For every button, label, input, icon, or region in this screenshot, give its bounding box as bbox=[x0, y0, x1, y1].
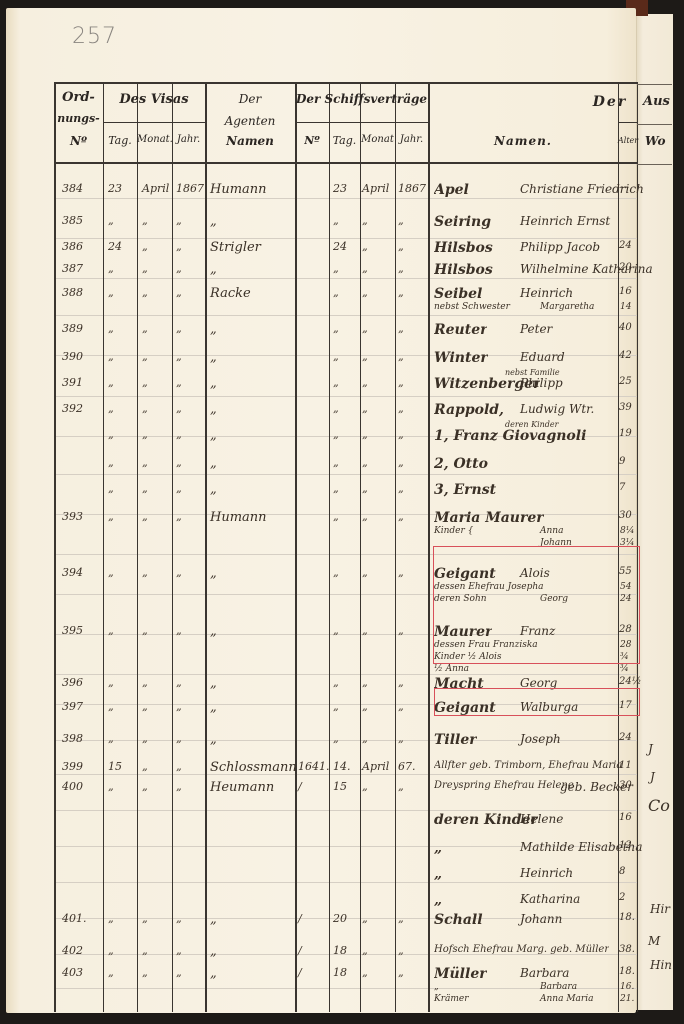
cell-s-monat: „ bbox=[362, 912, 368, 925]
cell-agent: „ bbox=[210, 624, 217, 639]
header-schiff-tag: Tag. bbox=[329, 134, 360, 147]
row-rule bbox=[54, 774, 637, 775]
cell-surname: Rappold, bbox=[434, 402, 504, 418]
header-visas-jahr: Jahr. bbox=[172, 134, 205, 145]
cell-s-tag: „ bbox=[333, 428, 339, 441]
cell-s-nr: 1641. bbox=[298, 760, 330, 773]
cell-s-tag: „ bbox=[333, 402, 339, 415]
cell-agent: „ bbox=[210, 262, 217, 277]
cell-nr: 385 bbox=[62, 214, 83, 227]
cell-agent: „ bbox=[210, 944, 217, 959]
cell-v-tag: „ bbox=[108, 966, 114, 979]
cell-s-monat: „ bbox=[362, 402, 368, 415]
cell-age: 42 bbox=[619, 350, 632, 361]
cell-nr: 393 bbox=[62, 510, 83, 523]
cell-v-tag: 24 bbox=[108, 240, 122, 253]
cell-v-jahr: „ bbox=[176, 732, 182, 745]
cell-agent: „ bbox=[210, 214, 217, 229]
cell-agent: „ bbox=[210, 402, 217, 417]
header-rule bbox=[103, 122, 205, 123]
cell-nr: 391 bbox=[62, 376, 83, 389]
cell-s-jahr: „ bbox=[398, 402, 404, 415]
cell-s-jahr: „ bbox=[398, 350, 404, 363]
cell-s-monat: „ bbox=[362, 510, 368, 523]
cell-s-jahr: „ bbox=[398, 700, 404, 713]
cell-given: Heinrich bbox=[520, 866, 573, 880]
cell-v-jahr: „ bbox=[176, 566, 182, 579]
cell-nr: 388 bbox=[62, 286, 83, 299]
facing-header-rule bbox=[637, 84, 672, 85]
cell-agent: „ bbox=[210, 322, 217, 337]
cell-s-jahr: „ bbox=[398, 624, 404, 637]
cell-s-jahr: „ bbox=[398, 732, 404, 745]
cell-surname: 1, Franz Giovagnoli bbox=[434, 428, 586, 444]
cell-agent: „ bbox=[210, 566, 217, 581]
cell-surname: Tiller bbox=[434, 732, 477, 748]
cell-s-monat: „ bbox=[362, 456, 368, 469]
cell-s-tag: „ bbox=[333, 566, 339, 579]
cell-v-tag: „ bbox=[108, 624, 114, 637]
cell-given: Mathilde Elisabetha bbox=[520, 840, 616, 854]
cell-s-jahr: „ bbox=[398, 428, 404, 441]
row-rule bbox=[54, 238, 637, 239]
row-rule bbox=[54, 396, 637, 397]
cell-s-tag: „ bbox=[333, 676, 339, 689]
cell-v-monat: „ bbox=[142, 566, 148, 579]
cell-agent: Humann bbox=[210, 510, 267, 525]
cell-s-tag: „ bbox=[333, 732, 339, 745]
cell-v-tag: „ bbox=[108, 376, 114, 389]
cell-surname: Müller bbox=[434, 966, 487, 982]
header-agenten-der: Der bbox=[205, 92, 295, 106]
cell-s-monat: „ bbox=[362, 624, 368, 637]
header-nr: Nº bbox=[54, 134, 103, 148]
header-visas-monat: Monat. bbox=[137, 134, 172, 145]
cell-s-tag: „ bbox=[333, 510, 339, 523]
header-rule bbox=[618, 122, 637, 123]
header-schiff-jahr: Jahr. bbox=[395, 134, 428, 145]
cell-surname: Hilsbos bbox=[434, 240, 493, 256]
cell-v-jahr: „ bbox=[176, 912, 182, 925]
cell-age: 24½ bbox=[619, 676, 641, 687]
cell-agent: „ bbox=[210, 482, 217, 497]
cell-s-monat: „ bbox=[362, 214, 368, 227]
header-nungs: nungs- bbox=[54, 112, 103, 125]
cell-v-monat: „ bbox=[142, 240, 148, 253]
facing-page-entry: M bbox=[648, 934, 660, 948]
cell-v-monat: „ bbox=[142, 676, 148, 689]
cell-v-monat: „ bbox=[142, 510, 148, 523]
cell-age: 24 bbox=[619, 732, 632, 743]
header-agenten: Agenten bbox=[205, 114, 295, 128]
cell-s-jahr: „ bbox=[398, 214, 404, 227]
cell-surname: „ bbox=[434, 866, 442, 882]
cell-age: 9 bbox=[619, 456, 625, 467]
cell-v-monat: „ bbox=[142, 456, 148, 469]
cell-s-monat: „ bbox=[362, 376, 368, 389]
cell-s-monat: „ bbox=[362, 286, 368, 299]
cell-agent: „ bbox=[210, 428, 217, 443]
cell-s-tag: 15 bbox=[333, 780, 347, 793]
cell-given: Helene bbox=[520, 812, 563, 826]
column-rule bbox=[205, 82, 207, 1012]
header-der: Der bbox=[590, 94, 630, 110]
cell-age: 40 bbox=[619, 322, 632, 333]
cell-surname: Hofsch Ehefrau Marg. geb. Müller bbox=[434, 944, 609, 955]
header-rule bbox=[54, 82, 637, 84]
cell-s-jahr: „ bbox=[398, 912, 404, 925]
column-rule bbox=[103, 82, 104, 1012]
cell-v-monat: „ bbox=[142, 376, 148, 389]
cell-surname: Maria Maurer bbox=[434, 510, 544, 526]
header-agenten-namen: Namen bbox=[205, 134, 295, 148]
cell-v-monat: „ bbox=[142, 482, 148, 495]
cell-subline-age: 21. bbox=[620, 994, 634, 1004]
cell-surname: 2, Otto bbox=[434, 456, 488, 472]
cell-s-jahr: „ bbox=[398, 566, 404, 579]
cell-agent: „ bbox=[210, 732, 217, 747]
cell-v-tag: „ bbox=[108, 676, 114, 689]
cell-age: 20 bbox=[619, 262, 632, 273]
cell-age: 39 bbox=[619, 402, 632, 413]
cell-s-monat: „ bbox=[362, 732, 368, 745]
cell-subline-age: 14 bbox=[620, 302, 631, 312]
cell-s-jahr: „ bbox=[398, 456, 404, 469]
cell-s-nr: / bbox=[298, 780, 302, 793]
cell-agent: Heumann bbox=[210, 780, 274, 795]
cell-s-jahr: „ bbox=[398, 966, 404, 979]
cell-given: Katharina bbox=[520, 892, 580, 906]
header-visas: Des Visas bbox=[103, 92, 205, 107]
cell-s-tag: „ bbox=[333, 350, 339, 363]
cell-given: Barbara bbox=[520, 966, 569, 980]
cell-s-jahr: „ bbox=[398, 482, 404, 495]
page-number: 257 bbox=[72, 24, 117, 49]
cell-v-jahr: „ bbox=[176, 214, 182, 227]
column-rule bbox=[172, 82, 173, 1012]
row-rule bbox=[54, 474, 637, 475]
column-rule bbox=[360, 82, 361, 1012]
column-rule bbox=[54, 82, 56, 1012]
cell-agent: „ bbox=[210, 350, 217, 365]
cell-s-tag: „ bbox=[333, 214, 339, 227]
cell-subline-age: 8¼ bbox=[620, 526, 634, 536]
cell-subline-age: ¾ bbox=[620, 664, 629, 674]
cell-age: 12 bbox=[619, 840, 632, 851]
cell-v-jahr: „ bbox=[176, 402, 182, 415]
cell-v-monat: „ bbox=[142, 966, 148, 979]
cell-age: 18. bbox=[619, 912, 635, 923]
cell-given: Johann bbox=[520, 912, 562, 926]
cell-s-monat: April bbox=[362, 760, 389, 773]
cell-given: Ludwig Wtr. bbox=[520, 402, 594, 416]
cell-nr: 395 bbox=[62, 624, 83, 637]
column-rule bbox=[428, 82, 430, 1012]
highlight-box-geigant-maurer bbox=[433, 546, 640, 664]
cell-subline-given: Anna bbox=[540, 526, 563, 536]
cell-age: — bbox=[619, 182, 629, 193]
cell-agent: „ bbox=[210, 912, 217, 927]
column-rule bbox=[295, 82, 297, 1012]
row-rule bbox=[54, 278, 637, 279]
cell-nr: 400 bbox=[62, 780, 83, 793]
cell-subline-age: 16. bbox=[620, 982, 634, 992]
cell-nr: 396 bbox=[62, 676, 83, 689]
cell-s-jahr: „ bbox=[398, 510, 404, 523]
cell-s-tag: „ bbox=[333, 456, 339, 469]
cell-v-monat: „ bbox=[142, 402, 148, 415]
cell-v-jahr: „ bbox=[176, 428, 182, 441]
cell-agent: Strigler bbox=[210, 240, 261, 255]
cell-v-tag: „ bbox=[108, 262, 114, 275]
cell-v-monat: „ bbox=[142, 624, 148, 637]
cell-nr: 394 bbox=[62, 566, 83, 579]
cell-s-nr: / bbox=[298, 966, 302, 979]
cell-surname: Winter bbox=[434, 350, 488, 366]
cell-v-jahr: „ bbox=[176, 700, 182, 713]
cell-surname: Apel bbox=[434, 182, 469, 198]
cell-agent: „ bbox=[210, 676, 217, 691]
cell-s-jahr: „ bbox=[398, 240, 404, 253]
header-rule bbox=[295, 122, 428, 123]
cell-subline-given: Anna Maria bbox=[540, 994, 593, 1004]
column-rule bbox=[137, 82, 138, 1012]
cell-s-monat: „ bbox=[362, 700, 368, 713]
cell-s-tag: 14. bbox=[333, 760, 351, 773]
cell-v-monat: „ bbox=[142, 700, 148, 713]
row-rule bbox=[54, 810, 637, 811]
row-rule bbox=[54, 882, 637, 883]
header-rule bbox=[54, 162, 637, 164]
cell-age: 38. bbox=[619, 944, 635, 955]
cell-s-tag: „ bbox=[333, 262, 339, 275]
cell-age: 24 bbox=[619, 240, 632, 251]
cell-v-monat: „ bbox=[142, 428, 148, 441]
cell-s-tag: „ bbox=[333, 322, 339, 335]
cell-surname: „ bbox=[434, 892, 442, 908]
cell-s-tag: 20 bbox=[333, 912, 347, 925]
header-wo: Wo bbox=[645, 134, 675, 148]
cell-v-tag: „ bbox=[108, 402, 114, 415]
cell-nr: 389 bbox=[62, 322, 83, 335]
cell-v-jahr: „ bbox=[176, 944, 182, 957]
cell-v-tag: „ bbox=[108, 350, 114, 363]
cell-subline: „ bbox=[434, 982, 439, 992]
cell-given: Christiane Friedrich bbox=[520, 182, 616, 196]
cell-s-monat: April bbox=[362, 182, 389, 195]
facing-header-rule bbox=[637, 164, 672, 165]
cell-v-jahr: 1867 bbox=[176, 182, 204, 195]
cell-subline: Krämer bbox=[434, 994, 469, 1004]
cell-subline-given: Barbara bbox=[540, 982, 577, 992]
facing-page-entry: Hin bbox=[650, 958, 672, 972]
cell-given: Joseph bbox=[520, 732, 561, 746]
cell-surname: Hilsbos bbox=[434, 262, 493, 278]
cell-v-tag: „ bbox=[108, 700, 114, 713]
cell-s-monat: „ bbox=[362, 350, 368, 363]
cell-surname: Seiring bbox=[434, 214, 491, 230]
cell-v-tag: 15 bbox=[108, 760, 122, 773]
cell-nr: 403 bbox=[62, 966, 83, 979]
cell-v-monat: „ bbox=[142, 780, 148, 793]
cell-v-jahr: „ bbox=[176, 966, 182, 979]
cell-given: Heinrich Ernst bbox=[520, 214, 610, 228]
cell-v-tag: „ bbox=[108, 286, 114, 299]
header-visas-tag: Tag. bbox=[103, 134, 137, 147]
cell-s-jahr: „ bbox=[398, 262, 404, 275]
cell-nr: 392 bbox=[62, 402, 83, 415]
row-rule bbox=[54, 674, 637, 675]
cell-v-tag: „ bbox=[108, 456, 114, 469]
cell-surname: Seibel bbox=[434, 286, 482, 302]
facing-header-rule bbox=[637, 124, 672, 125]
cell-v-tag: „ bbox=[108, 428, 114, 441]
cell-v-jahr: „ bbox=[176, 286, 182, 299]
cell-v-jahr: „ bbox=[176, 780, 182, 793]
cell-surname: Schall bbox=[434, 912, 483, 928]
cell-v-monat: „ bbox=[142, 286, 148, 299]
cell-s-tag: 24 bbox=[333, 240, 347, 253]
cell-agent: Humann bbox=[210, 182, 267, 197]
cell-s-tag: 23 bbox=[333, 182, 347, 195]
cell-surname: 3, Ernst bbox=[434, 482, 496, 498]
cell-s-jahr: „ bbox=[398, 676, 404, 689]
cell-v-tag: „ bbox=[108, 322, 114, 335]
cell-nr: 401. bbox=[62, 912, 87, 925]
cell-given: Peter bbox=[520, 322, 552, 336]
cell-v-jahr: „ bbox=[176, 262, 182, 275]
cell-v-monat: „ bbox=[142, 262, 148, 275]
cell-v-jahr: „ bbox=[176, 322, 182, 335]
cell-given: Wilhelmine Katharina bbox=[520, 262, 616, 276]
cell-v-jahr: „ bbox=[176, 350, 182, 363]
cell-v-monat: „ bbox=[142, 350, 148, 363]
cell-v-jahr: „ bbox=[176, 376, 182, 389]
cell-s-tag: „ bbox=[333, 286, 339, 299]
cell-age: 18. bbox=[619, 966, 635, 977]
cell-s-tag: 18 bbox=[333, 944, 347, 957]
cell-s-monat: „ bbox=[362, 944, 368, 957]
cell-age: 8 bbox=[619, 866, 625, 877]
header-ord: Ord- bbox=[54, 90, 103, 105]
cell-given: Philipp Jacob bbox=[520, 240, 600, 254]
cell-s-jahr: „ bbox=[398, 286, 404, 299]
cell-s-monat: „ bbox=[362, 566, 368, 579]
cell-agent: „ bbox=[210, 376, 217, 391]
cell-nr: 390 bbox=[62, 350, 83, 363]
cell-v-monat: „ bbox=[142, 214, 148, 227]
cell-s-tag: „ bbox=[333, 376, 339, 389]
cell-age: 16 bbox=[619, 286, 632, 297]
cell-nr: 397 bbox=[62, 700, 83, 713]
column-rule bbox=[395, 82, 396, 1012]
highlight-box-geigant-walburga bbox=[434, 688, 640, 716]
facing-page-entry: Co bbox=[648, 796, 670, 815]
header-alter: Alter bbox=[618, 136, 637, 145]
cell-s-jahr: „ bbox=[398, 780, 404, 793]
cell-v-monat: „ bbox=[142, 322, 148, 335]
cell-age: 16 bbox=[619, 812, 632, 823]
cell-surname: Reuter bbox=[434, 322, 487, 338]
cell-age: 25 bbox=[619, 376, 632, 387]
cell-s-tag: „ bbox=[333, 482, 339, 495]
cell-surname: Dreyspring Ehefrau Helene bbox=[434, 780, 574, 791]
cell-age: 19 bbox=[619, 428, 632, 439]
header-namen: Namen. bbox=[428, 134, 618, 148]
row-rule bbox=[54, 198, 637, 199]
facing-page-entry: J bbox=[648, 742, 653, 756]
cell-v-monat: „ bbox=[142, 944, 148, 957]
cell-v-jahr: „ bbox=[176, 240, 182, 253]
row-rule bbox=[54, 315, 637, 316]
cell-v-monat: „ bbox=[142, 912, 148, 925]
cell-nr: 402 bbox=[62, 944, 83, 957]
cell-s-monat: „ bbox=[362, 780, 368, 793]
cell-nr: 399 bbox=[62, 760, 83, 773]
cell-v-tag: „ bbox=[108, 214, 114, 227]
cell-s-jahr: „ bbox=[398, 322, 404, 335]
cell-age: 30 bbox=[619, 780, 632, 791]
cell-subline: ½ Anna bbox=[434, 664, 469, 674]
cell-given: Philipp bbox=[520, 376, 563, 390]
facing-page-entry: J bbox=[650, 770, 655, 784]
cell-s-nr: / bbox=[298, 912, 302, 925]
cell-v-tag: 23 bbox=[108, 182, 122, 195]
cell-s-monat: „ bbox=[362, 240, 368, 253]
cell-s-monat: „ bbox=[362, 966, 368, 979]
cell-v-jahr: „ bbox=[176, 482, 182, 495]
cell-s-tag: 18 bbox=[333, 966, 347, 979]
cell-s-nr: / bbox=[298, 944, 302, 957]
cell-given: Heinrich bbox=[520, 286, 573, 300]
header-schiff-nr: Nº bbox=[295, 134, 329, 147]
cell-v-tag: „ bbox=[108, 482, 114, 495]
cell-nr: 384 bbox=[62, 182, 83, 195]
cell-surname: „ bbox=[434, 840, 442, 856]
cell-agent: „ bbox=[210, 456, 217, 471]
cell-v-monat: April bbox=[142, 182, 169, 195]
cell-v-tag: „ bbox=[108, 912, 114, 925]
cell-given: Eduard bbox=[520, 350, 565, 364]
cell-s-monat: „ bbox=[362, 262, 368, 275]
cell-nr: 386 bbox=[62, 240, 83, 253]
cell-v-jahr: „ bbox=[176, 676, 182, 689]
cell-v-tag: „ bbox=[108, 732, 114, 745]
cell-s-tag: „ bbox=[333, 624, 339, 637]
facing-page-entry: Hir bbox=[650, 902, 670, 916]
cell-v-tag: „ bbox=[108, 566, 114, 579]
cell-agent: „ bbox=[210, 700, 217, 715]
cell-s-monat: „ bbox=[362, 322, 368, 335]
header-aus: Aus bbox=[643, 94, 673, 109]
header-schiff-monat: Monat bbox=[360, 134, 395, 145]
cell-v-tag: „ bbox=[108, 510, 114, 523]
cell-age: 11 bbox=[619, 760, 632, 771]
cell-s-tag: „ bbox=[333, 700, 339, 713]
cell-v-jahr: „ bbox=[176, 624, 182, 637]
column-rule bbox=[329, 82, 330, 1012]
cell-v-tag: „ bbox=[108, 944, 114, 957]
cell-nr: 387 bbox=[62, 262, 83, 275]
cell-v-monat: „ bbox=[142, 732, 148, 745]
cell-age: 30 bbox=[619, 510, 632, 521]
cell-s-jahr: „ bbox=[398, 376, 404, 389]
cell-age: 2 bbox=[619, 892, 625, 903]
cell-s-monat: „ bbox=[362, 482, 368, 495]
cell-v-tag: „ bbox=[108, 780, 114, 793]
cell-s-jahr: „ bbox=[398, 944, 404, 957]
cell-s-monat: „ bbox=[362, 428, 368, 441]
